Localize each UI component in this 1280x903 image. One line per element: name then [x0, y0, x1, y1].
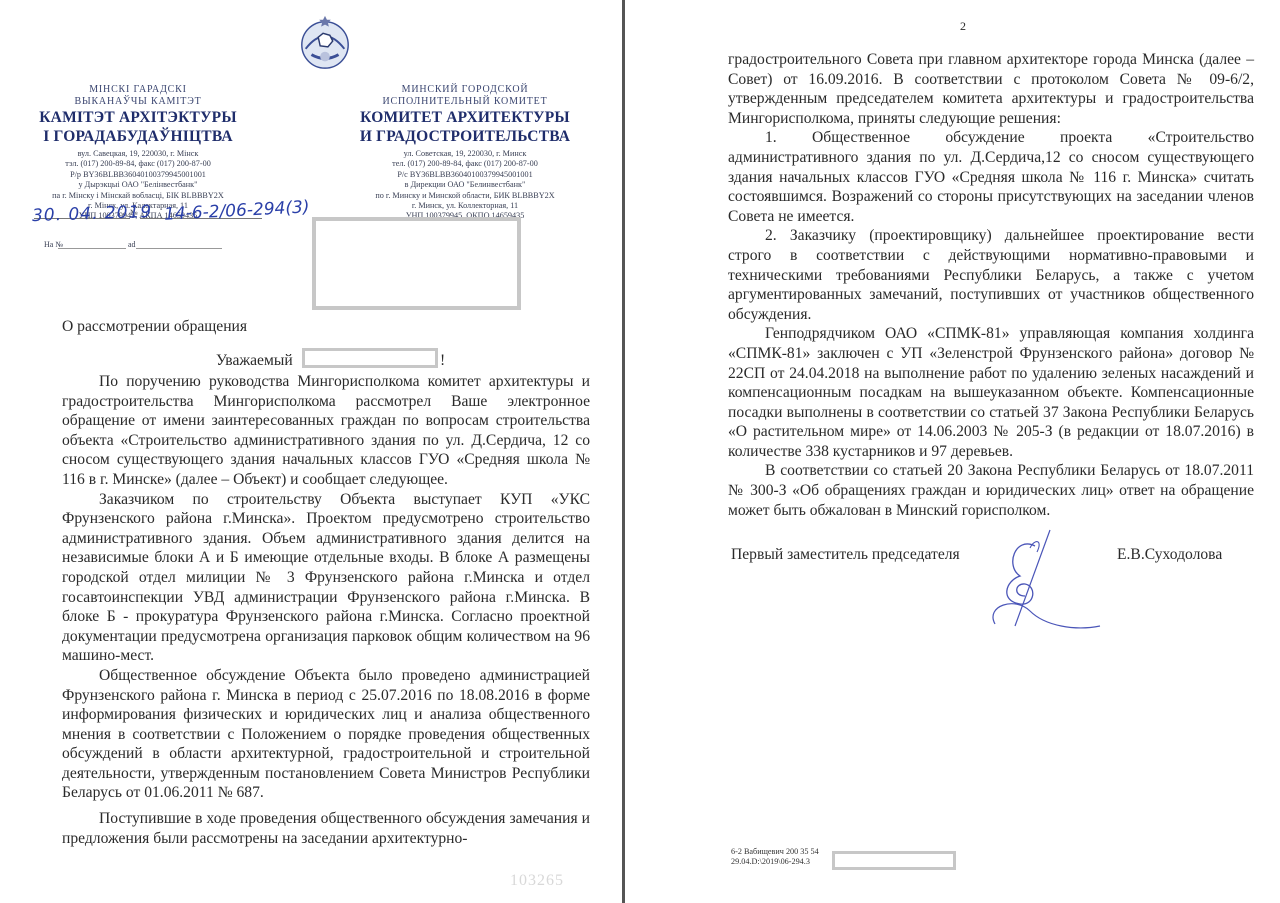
- org-name-line-2: ВЫКАНАЎЧЫ КАМІТЭТ: [18, 96, 258, 108]
- paragraph: Заказчиком по строительству Объекта выст…: [62, 490, 590, 666]
- address-line: вул. Савецкая, 19, 220030, г. Мінск: [18, 149, 258, 159]
- org-name-line-1: МИНСКИЙ ГОРОДСКОЙ: [320, 84, 610, 96]
- account-line: Р/р BY36BLBB36040100379945001001: [18, 170, 258, 180]
- redacted-recipient-address: [312, 217, 521, 310]
- handwritten-date: 30. 04. 2019: [32, 202, 153, 226]
- paragraph: В соответствии со статьей 20 Закона Респ…: [728, 461, 1254, 520]
- letterhead-russian: МИНСКИЙ ГОРОДСКОЙ ИСПОЛНИТЕЛЬНЫЙ КОМИТЕТ…: [320, 84, 610, 222]
- reply-number-underline: [58, 248, 126, 249]
- greeting: Уважаемый: [216, 352, 293, 370]
- page-number: 2: [960, 19, 966, 34]
- bank-region-line: па г. Мінску і Мінскай вобласці, БІК BLB…: [18, 191, 258, 201]
- greeting-exclamation: !: [440, 352, 445, 370]
- org-name-line-1: МІНСКІ ГАРАДСКІ: [18, 84, 258, 96]
- paragraph: 1. Общественное обсуждение проекта «Стро…: [728, 128, 1254, 226]
- letter-body-page-1: По поручению руководства Мингорисполкома…: [62, 372, 590, 848]
- redacted-footer-info: [832, 851, 956, 870]
- executor-note: 6-2 Вабищевич 200 35 54 29.04.D:\2019\06…: [731, 847, 819, 867]
- bank-line: у Дырэкцыі ОАО "Белінвестбанк": [18, 180, 258, 190]
- phone-line: тел. (017) 200-89-84, факс (017) 200-87-…: [320, 159, 610, 169]
- paragraph: Общественное обсуждение Объекта было про…: [62, 666, 590, 803]
- reply-date-label: ad: [128, 240, 136, 249]
- account-line: Р/с BY36BLBB36040100379945001001: [320, 170, 610, 180]
- letter-body-page-2: градостроительного Совета при главном ар…: [728, 50, 1254, 520]
- coat-of-arms-icon: [296, 14, 354, 72]
- paragraph: градостроительного Совета при главном ар…: [728, 50, 1254, 128]
- page-divider: [622, 0, 625, 903]
- redacted-recipient-name: [302, 348, 438, 368]
- committee-title-line-2: І ГОРАДАБУДАЎНІЦТВА: [18, 127, 258, 146]
- executor-line: 6-2 Вабищевич 200 35 54: [731, 847, 819, 857]
- phone-line: тэл. (017) 200-89-84, факс (017) 200-87-…: [18, 159, 258, 169]
- faint-stamp-number: 103265: [510, 872, 564, 890]
- paragraph: 2. Заказчику (проектировщику) дальнейшее…: [728, 226, 1254, 324]
- bank-region-line: по г. Минску и Минской области, БИК BLBB…: [320, 191, 610, 201]
- letter-subject: О рассмотрении обращения: [62, 318, 247, 336]
- document-page-1: МІНСКІ ГАРАДСКІ ВЫКАНАЎЧЫ КАМІТЭТ КАМІТЭ…: [0, 0, 622, 903]
- signatory-title: Первый заместитель председателя: [731, 546, 960, 564]
- committee-title-line-1: КАМІТЭТ АРХІТЭКТУРЫ: [18, 108, 258, 127]
- address-line: ул. Советская, 19, 220030, г. Минск: [320, 149, 610, 159]
- signature-icon: [975, 526, 1105, 636]
- paragraph: Генподрядчиком ОАО «СПМК-81» управляющая…: [728, 324, 1254, 461]
- paragraph: Поступившие в ходе проведения общественн…: [62, 809, 590, 848]
- signatory-name: Е.В.Суходолова: [1117, 546, 1222, 564]
- reply-date-underline: [136, 248, 222, 249]
- paragraph: По поручению руководства Мингорисполкома…: [62, 372, 590, 490]
- bank-line: в Дирекции ОАО "Белинвестбанк": [320, 180, 610, 190]
- file-path-line: 29.04.D:\2019\06-294.3: [731, 857, 819, 867]
- committee-title-line-2: И ГРАДОСТРОИТЕЛЬСТВА: [320, 127, 610, 146]
- bank-address-line: г. Минск, ул. Коллекторная, 11: [320, 201, 610, 211]
- org-name-line-2: ИСПОЛНИТЕЛЬНЫЙ КОМИТЕТ: [320, 96, 610, 108]
- committee-title-line-1: КОМИТЕТ АРХИТЕКТУРЫ: [320, 108, 610, 127]
